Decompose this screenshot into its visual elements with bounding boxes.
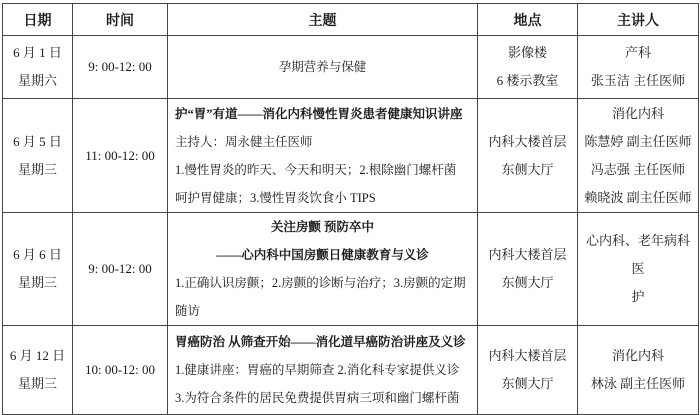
- topic-line: 1.健康讲座：胃癌的早期筛查 2.消化科专家提供义诊: [175, 356, 470, 384]
- time-value: 10: 00-12: 00: [77, 356, 163, 384]
- location-line: 6 楼示教室: [482, 67, 573, 95]
- location-line: 内科大楼首层: [482, 128, 573, 156]
- weekday-line: 星期三: [7, 370, 68, 398]
- topic-cell: 胃癌防治 从筛查开始——消化道早癌防治讲座及义诊 1.健康讲座：胃癌的早期筛查 …: [168, 326, 478, 415]
- speaker-cell: 产科 张玉洁 主任医师: [578, 36, 699, 99]
- table-row: 6 月 6 日 星期三 9: 00-12: 00 关注房颤 预防卒中 ——心内科…: [3, 213, 699, 326]
- topic-line: 呵护胃健康；3.慢性胃炎饮食小 TIPS: [175, 184, 470, 212]
- speaker-line: 林泳 副主任医师: [582, 370, 694, 398]
- speaker-line: 护: [582, 283, 694, 311]
- weekday-line: 星期六: [7, 67, 68, 95]
- topic-line: 随访: [175, 297, 470, 325]
- location-cell: 内科大楼首层 东侧大厅: [478, 213, 578, 326]
- speaker-line: 心内科、老年病科医: [582, 227, 694, 283]
- table-row: 6 月 12 日 星期三 10: 00-12: 00 胃癌防治 从筛查开始——消…: [3, 326, 699, 415]
- speaker-line: 赖晓波 副主任医师: [582, 184, 694, 212]
- speaker-line: 陈慧婷 副主任医师: [582, 128, 694, 156]
- topic-title-line: 胃癌防治 从筛查开始——消化道早癌防治讲座及义诊: [175, 328, 470, 356]
- time-cell: 9: 00-12: 00: [73, 36, 168, 99]
- schedule-document: 日期 时间 主题 地点 主讲人 6 月 1 日 星期六 9: 00-12: 00…: [0, 0, 700, 415]
- date-cell: 6 月 6 日 星期三: [3, 213, 73, 326]
- time-value: 9: 00-12: 00: [77, 53, 163, 81]
- location-cell: 影像楼 6 楼示教室: [478, 36, 578, 99]
- header-cell-time: 时间: [73, 4, 168, 36]
- date-line: 6 月 5 日: [7, 128, 68, 156]
- date-cell: 6 月 1 日 星期六: [3, 36, 73, 99]
- table-row: 6 月 1 日 星期六 9: 00-12: 00 孕期营养与保健 影像楼 6 楼…: [3, 36, 699, 99]
- time-cell: 11: 00-12: 00: [73, 99, 168, 213]
- location-line: 东侧大厅: [482, 269, 573, 297]
- topic-line: 1.正确认识房颤；2.房颤的诊断与治疗；3.房颤的定期: [175, 269, 470, 297]
- location-line: 东侧大厅: [482, 370, 573, 398]
- location-cell: 内科大楼首层 东侧大厅: [478, 326, 578, 415]
- date-cell: 6 月 5 日 星期三: [3, 99, 73, 213]
- date-line: 6 月 12 日: [7, 342, 68, 370]
- speaker-cell: 心内科、老年病科医 护: [578, 213, 699, 326]
- time-cell: 10: 00-12: 00: [73, 326, 168, 415]
- table-row: 6 月 5 日 星期三 11: 00-12: 00 护“胃”有道——消化内科慢性…: [3, 99, 699, 213]
- topic-cell: 护“胃”有道——消化内科慢性胃炎患者健康知识讲座 主持人：周永健主任医师 1.慢…: [168, 99, 478, 213]
- date-line: 6 月 1 日: [7, 39, 68, 67]
- date-cell: 6 月 12 日 星期三: [3, 326, 73, 415]
- topic-line: 3.为符合条件的居民免费提供胃病三项和幽门螺杆菌: [175, 384, 470, 412]
- topic-title-line: 护“胃”有道——消化内科慢性胃炎患者健康知识讲座: [175, 100, 470, 128]
- speaker-cell: 消化内科 林泳 副主任医师: [578, 326, 699, 415]
- topic-cell: 孕期营养与保健: [168, 36, 478, 99]
- time-cell: 9: 00-12: 00: [73, 213, 168, 326]
- speaker-line: 张玉洁 主任医师: [582, 67, 694, 95]
- speaker-line: 消化内科: [582, 342, 694, 370]
- header-cell-date: 日期: [3, 4, 73, 36]
- speaker-line: 冯志强 主任医师: [582, 156, 694, 184]
- location-line: 内科大楼首层: [482, 241, 573, 269]
- date-line: 6 月 6 日: [7, 241, 68, 269]
- location-line: 内科大楼首层: [482, 342, 573, 370]
- topic-line: 1.慢性胃炎的昨天、今天和明天；2.根除幽门螺杆菌: [175, 156, 470, 184]
- weekday-line: 星期三: [7, 269, 68, 297]
- topic-title-line: 关注房颤 预防卒中: [175, 213, 470, 241]
- speaker-line: 产科: [582, 39, 694, 67]
- speaker-cell: 消化内科 陈慧婷 副主任医师 冯志强 主任医师 赖晓波 副主任医师: [578, 99, 699, 213]
- time-value: 11: 00-12: 00: [77, 142, 163, 170]
- location-line: 影像楼: [482, 39, 573, 67]
- speaker-line: 消化内科: [582, 100, 694, 128]
- location-cell: 内科大楼首层 东侧大厅: [478, 99, 578, 213]
- header-cell-topic: 主题: [168, 4, 478, 36]
- topic-subtitle-line: ——心内科中国房颤日健康教育与义诊: [175, 241, 470, 269]
- topic-line: 孕期营养与保健: [175, 53, 470, 81]
- header-cell-speaker: 主讲人: [578, 4, 699, 36]
- topic-cell: 关注房颤 预防卒中 ——心内科中国房颤日健康教育与义诊 1.正确认识房颤；2.房…: [168, 213, 478, 326]
- weekday-line: 星期三: [7, 156, 68, 184]
- location-line: 东侧大厅: [482, 156, 573, 184]
- topic-line: 主持人：周永健主任医师: [175, 128, 470, 156]
- header-cell-location: 地点: [478, 4, 578, 36]
- lecture-schedule-table: 日期 时间 主题 地点 主讲人 6 月 1 日 星期六 9: 00-12: 00…: [2, 3, 699, 415]
- header-row: 日期 时间 主题 地点 主讲人: [3, 4, 699, 36]
- time-value: 9: 00-12: 00: [77, 255, 163, 283]
